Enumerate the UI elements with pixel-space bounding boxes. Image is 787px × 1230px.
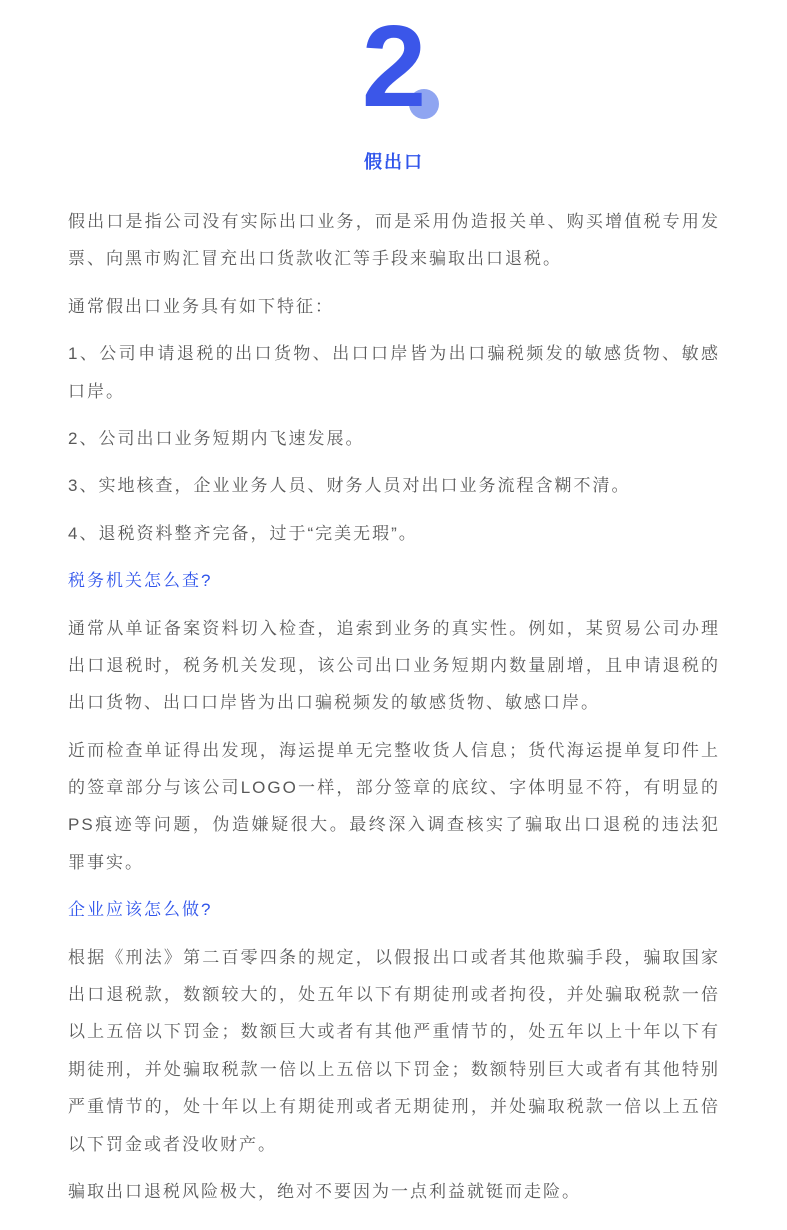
feature-item-1: 1、公司申请退税的出口货物、出口口岸皆为出口骗税频发的敏感货物、敏感口岸。 (68, 335, 720, 410)
article-body: 假出口是指公司没有实际出口业务，而是采用伪造报关单、购买增值税专用发票、向黑市购… (68, 203, 720, 1210)
warning-paragraph: 骗取出口退税风险极大，绝对不要因为一点利益就铤而走险。 (68, 1173, 720, 1210)
feature-item-2: 2、公司出口业务短期内飞速发展。 (68, 420, 720, 457)
case-paragraph-1: 通常从单证备案资料切入检查，追索到业务的真实性。例如，某贸易公司办理出口退税时，… (68, 610, 720, 722)
features-lead-paragraph: 通常假出口业务具有如下特征： (68, 288, 720, 325)
case-paragraph-2: 近而检查单证得出发现，海运提单无完整收货人信息；货代海运提单复印件上的签章部分与… (68, 732, 720, 882)
section-header: 2 假出口 (68, 16, 720, 175)
subheading-tax-authority-check: 税务机关怎么查? (68, 562, 720, 599)
law-penalty-paragraph: 根据《刑法》第二百零四条的规定，以假报出口或者其他欺骗手段，骗取国家出口退税款，… (68, 939, 720, 1163)
section-number-digit: 2 (362, 16, 427, 116)
subheading-company-advice: 企业应该怎么做? (68, 891, 720, 928)
feature-item-3: 3、实地核查，企业业务人员、财务人员对出口业务流程含糊不清。 (68, 467, 720, 504)
article-page: 2 假出口 假出口是指公司没有实际出口业务，而是采用伪造报关单、购买增值税专用发… (0, 0, 787, 1230)
intro-paragraph: 假出口是指公司没有实际出口业务，而是采用伪造报关单、购买增值税专用发票、向黑市购… (68, 203, 720, 278)
section-number: 2 (362, 16, 427, 116)
feature-item-4: 4、退税资料整齐完备，过于“完美无瑕”。 (68, 515, 720, 552)
section-title: 假出口 (68, 150, 720, 175)
